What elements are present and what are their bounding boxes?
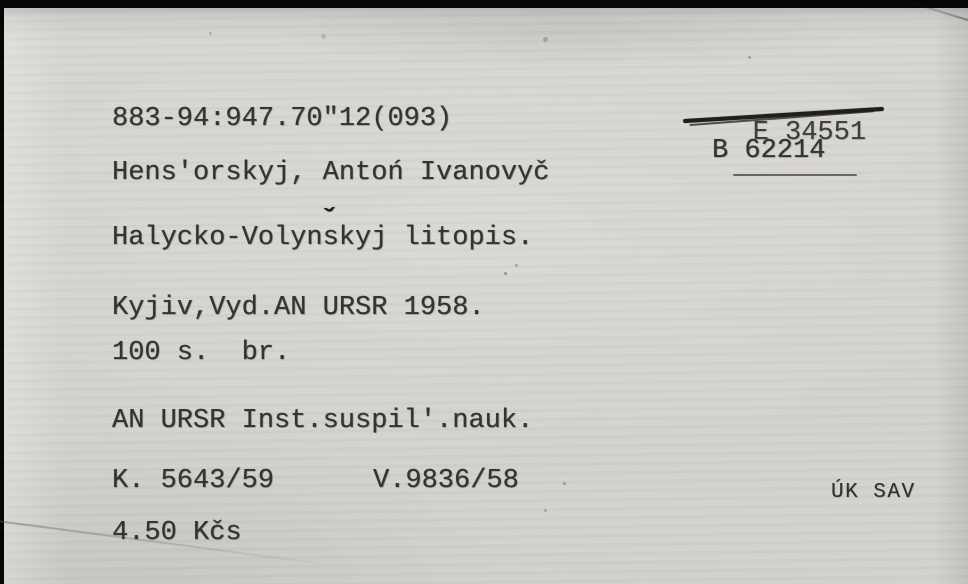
- current-call-number: B 62214: [712, 135, 825, 167]
- series-line: AN URSR Inst.suspil'.nauk.: [112, 405, 533, 437]
- handwritten-caron-mark: ˇ: [320, 204, 342, 238]
- catalog-card-scan: 883-94:947.70"12(093) Hens'orskyj, Antoń…: [0, 0, 968, 584]
- collation-line: 100 s. br.: [112, 337, 290, 369]
- accession-number-v: V.9836/58: [373, 465, 519, 497]
- library-stamp: ÚK SAV: [831, 481, 916, 504]
- classification-number: 883-94:947.70"12(093): [112, 103, 452, 135]
- paper-specks: [4, 8, 7, 11]
- catalog-card: 883-94:947.70"12(093) Hens'orskyj, Antoń…: [4, 8, 968, 584]
- call-number-underline: [733, 174, 857, 176]
- imprint-line: Kyjiv,Vyd.AN URSR 1958.: [112, 292, 485, 324]
- paper-crease-top-right: [892, 0, 968, 30]
- accession-number-k: K. 5643/59: [112, 465, 274, 497]
- author-line: Hens'orskyj, Antoń Ivanovyč: [112, 157, 549, 189]
